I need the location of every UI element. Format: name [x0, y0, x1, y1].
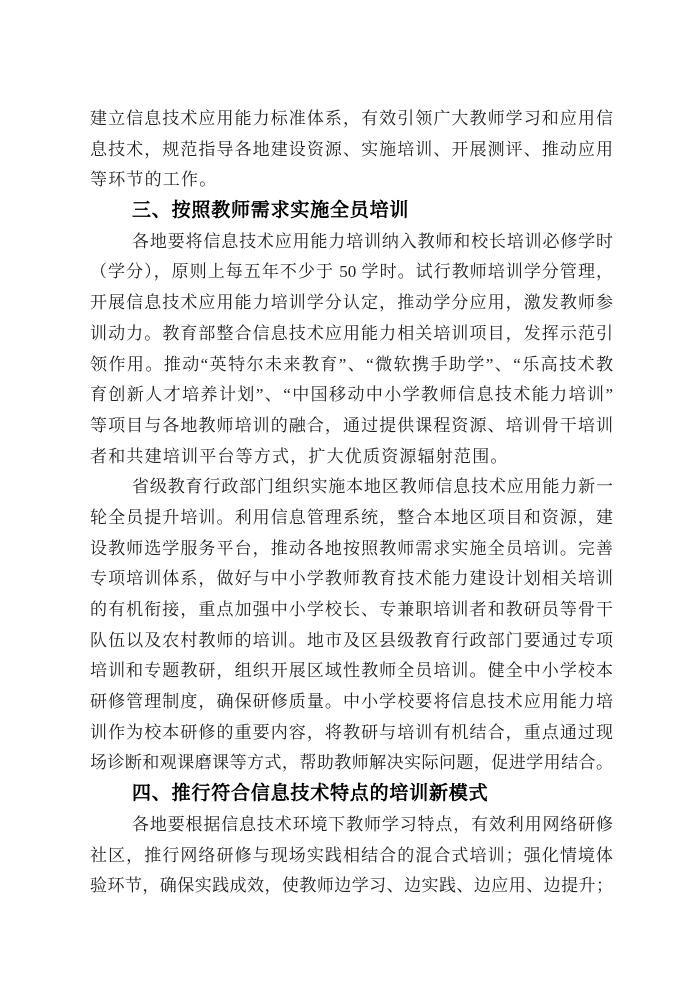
- document-text-block: 建立信息技术应用能力标准体系，有效引领广大教师学习和应用信 息技术，规范指导各地…: [90, 104, 613, 902]
- text-line: 省级教育行政部门组织实施本地区教师信息技术应用能力新一: [90, 472, 613, 503]
- text-line: 领作用。推动“英特尔未来教育”、“微软携手助学”、“乐高技术教: [90, 350, 613, 381]
- text-line: 场诊断和观课磨课等方式，帮助教师解决实际问题，促进学用结合。: [90, 748, 613, 779]
- text-line: 社区，推行网络研修与现场实践相结合的混合式培训；强化情境体: [90, 841, 613, 872]
- text-line: 设教师选学服务平台，推动各地按照教师需求实施全员培训。完善: [90, 534, 613, 565]
- text-line: 的有机衔接，重点加强中小学校长、专兼职培训者和教研员等骨干: [90, 595, 613, 626]
- text-line: 训作为校本研修的重要内容，将教研与培训有机结合，重点通过现: [90, 718, 613, 749]
- text-line: 者和共建培训平台等方式，扩大优质资源辐射范围。: [90, 442, 613, 473]
- text-line: 专项培训体系，做好与中小学教师教育技术能力建设计划相关培训: [90, 564, 613, 595]
- text-line: 息技术，规范指导各地建设资源、实施培训、开展测评、推动应用: [90, 135, 613, 166]
- text-line: 研修管理制度，确保研修质量。中小学校要将信息技术应用能力培: [90, 687, 613, 718]
- text-line: 开展信息技术应用能力培训学分认定，推动学分应用，激发教师参: [90, 288, 613, 319]
- text-line: 等项目与各地教师培训的融合，通过提供课程资源、培训骨干培训: [90, 411, 613, 442]
- text-line: 各地要将信息技术应用能力培训纳入教师和校长培训必修学时: [90, 227, 613, 258]
- text-line: 等环节的工作。: [90, 165, 613, 196]
- text-line: 验环节，确保实践成效，使教师边学习、边实践、边应用、边提升；: [90, 871, 613, 902]
- document-page: 建立信息技术应用能力标准体系，有效引领广大教师学习和应用信 息技术，规范指导各地…: [0, 0, 700, 993]
- section-heading-4: 四、推行符合信息技术特点的培训新模式: [132, 779, 613, 810]
- text-line: （学分），原则上每五年不少于 50 学时。试行教师培训学分管理，: [90, 257, 613, 288]
- text-line: 育创新人才培养计划”、“中国移动中小学教师信息技术能力培训”: [90, 380, 613, 411]
- section-heading-3: 三、按照教师需求实施全员培训: [132, 196, 613, 227]
- text-line: 轮全员提升培训。利用信息管理系统，整合本地区项目和资源，建: [90, 503, 613, 534]
- text-line: 各地要根据信息技术环境下教师学习特点，有效利用网络研修: [90, 810, 613, 841]
- text-line: 建立信息技术应用能力标准体系，有效引领广大教师学习和应用信: [90, 104, 613, 135]
- text-line: 队伍以及农村教师的培训。地市及区县级教育行政部门要通过专项: [90, 626, 613, 657]
- text-line: 训动力。教育部整合信息技术应用能力相关培训项目，发挥示范引: [90, 319, 613, 350]
- text-line: 培训和专题教研，组织开展区域性教师全员培训。健全中小学校本: [90, 656, 613, 687]
